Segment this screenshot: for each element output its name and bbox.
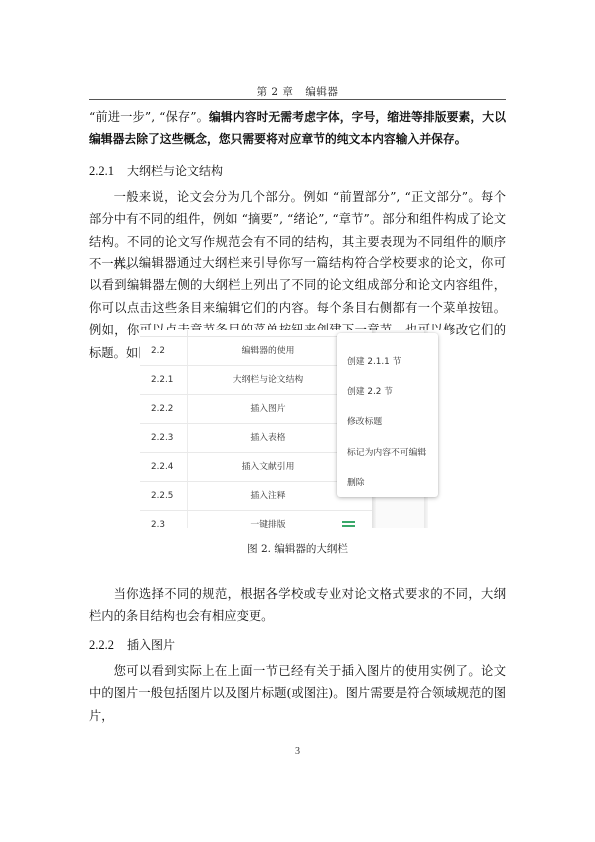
menu-item-delete[interactable]: 删除	[347, 475, 365, 488]
paragraph-images: 您可以看到实际上在上面一节已经有关于插入图片的使用实例了。论文中的图片一般包括图…	[89, 660, 506, 727]
outline-row-title: 编辑器的使用	[188, 337, 348, 365]
intro-normal-text: “前进一步”, “保存”。	[89, 110, 209, 124]
heading-title: 插入图片	[127, 638, 175, 652]
running-header-title: 编辑器	[305, 86, 338, 98]
outline-row-number: 2.2.2	[151, 395, 173, 423]
section-heading-2-2-1: 2.2.1大纲栏与论文结构	[89, 162, 223, 180]
menu-item-rename[interactable]: 修改标题	[347, 414, 382, 427]
running-header-chapter: 第 2 章	[257, 86, 294, 98]
context-menu: 创建 2.1.1 节 创建 2.2 节 修改标题 标记为内容不可编辑 删除	[337, 333, 438, 497]
outline-row-number: 2.2	[151, 337, 165, 365]
outline-row-number: 2.2.4	[151, 453, 173, 481]
heading-number: 2.2.1	[89, 162, 127, 180]
heading-title: 大纲栏与论文结构	[127, 164, 223, 178]
outline-row-title: 插入文献引用	[188, 453, 348, 481]
menu-item-create-2-1-1[interactable]: 创建 2.1.1 节	[347, 354, 401, 367]
outline-row-title: 插入表格	[188, 424, 348, 452]
section-heading-2-2-2: 2.2.2插入图片	[89, 636, 175, 654]
outline-row-number: 2.2.1	[151, 366, 173, 394]
outline-row-number: 2.2.3	[151, 424, 173, 452]
outline-row-number: 2.2.5	[151, 482, 173, 510]
list-menu-icon[interactable]	[343, 521, 355, 528]
outline-row[interactable]: 2.3 一键排版	[140, 511, 372, 528]
menu-item-create-2-2[interactable]: 创建 2.2 节	[347, 384, 393, 397]
header-rule	[89, 99, 506, 100]
outline-row-title: 插入图片	[188, 395, 348, 423]
running-header: 第 2 章编辑器	[0, 84, 595, 99]
paragraph-variation: 当你选择不同的规范，根据各学校或专业对论文格式要求的不同，大纲栏内的条目结构也会…	[89, 583, 506, 628]
figure-outline-screenshot: 2.2 编辑器的使用 2.2.1 大纲栏与论文结构 2.2.2 插入图片 2.2…	[140, 330, 450, 528]
outline-row-title: 插入注释	[188, 482, 348, 510]
outline-row-number: 2.3	[151, 511, 165, 528]
figure-caption: 图 2. 编辑器的大纲栏	[0, 541, 595, 556]
page-number: 3	[0, 746, 595, 757]
outline-row-title: 大纲栏与论文结构	[188, 366, 348, 394]
outline-row-title: 一键排版	[188, 511, 348, 528]
heading-number: 2.2.2	[89, 636, 127, 654]
menu-item-mark-readonly[interactable]: 标记为内容不可编辑	[347, 445, 426, 458]
paragraph-intro: “前进一步”, “保存”。编辑内容时无需考虑字体，字号，缩进等排版要素，大以编辑…	[89, 106, 506, 151]
